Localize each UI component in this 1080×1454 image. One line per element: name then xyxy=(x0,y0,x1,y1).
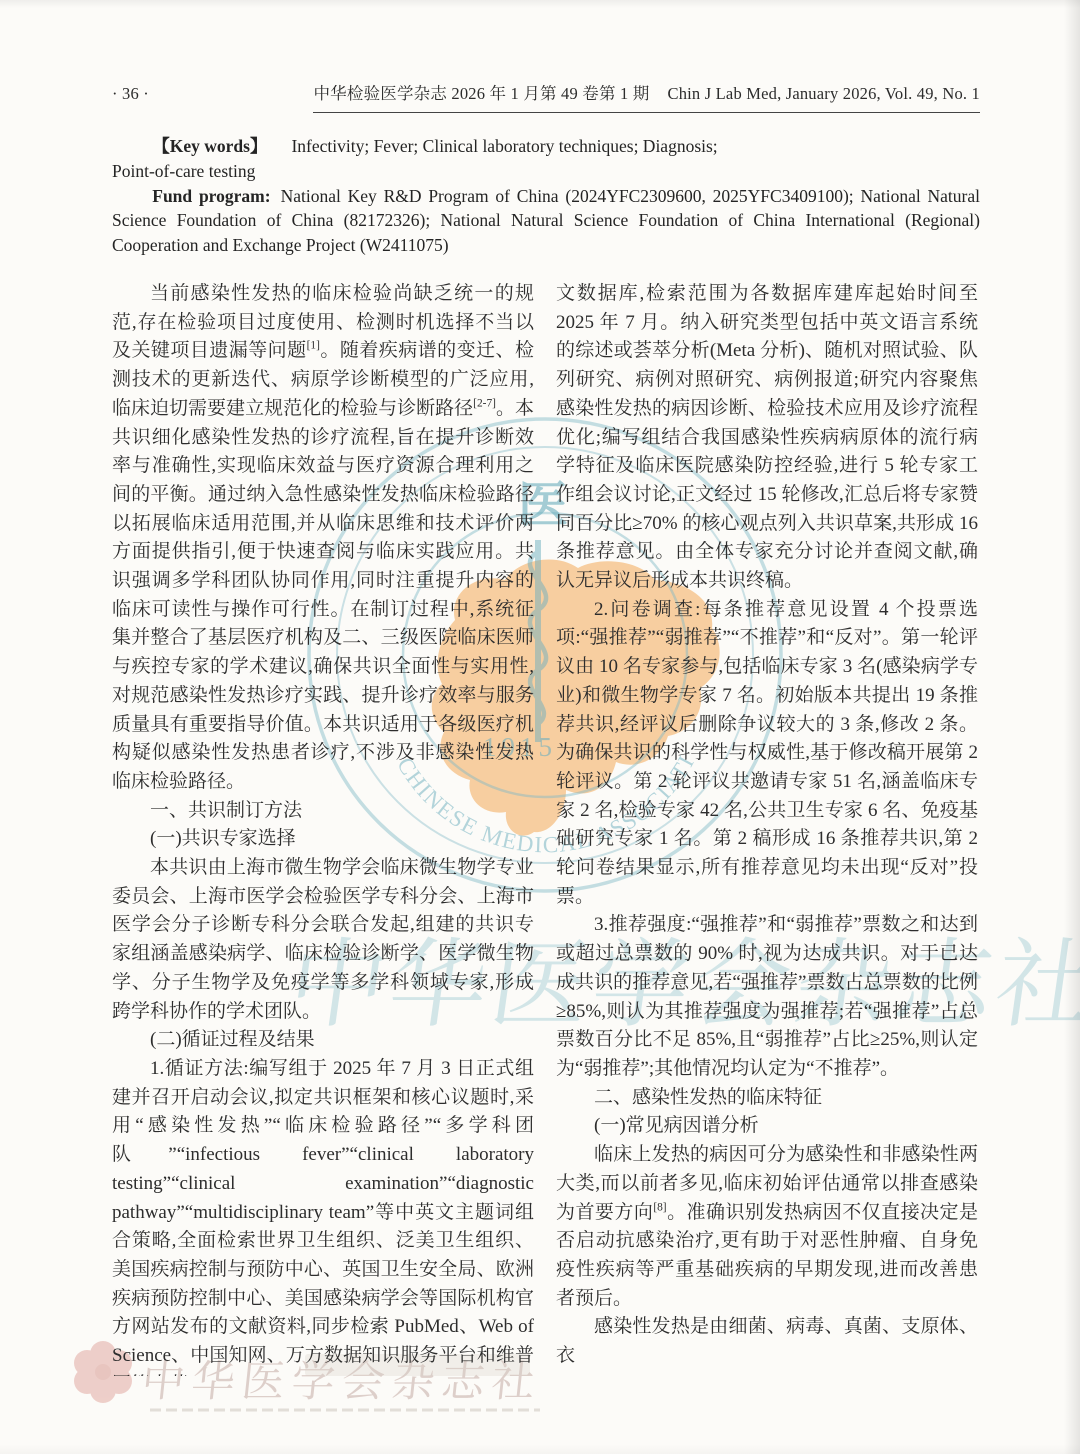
text-run: 。本共识细化感染性发热的诊疗流程,旨在提升诊断效率与准确性,实现临床效益与医疗资… xyxy=(112,398,534,792)
journal-title-cn: 中华检验医学杂志 2026 年 1 月第 49 卷第 1 期 xyxy=(313,84,649,103)
keywords-label: 【Key words】 xyxy=(152,136,267,156)
recommendation-strength-paragraph: 3.推荐强度:“强推荐”和“弱推荐”票数之和达到或超过总票数的 90% 时,视为… xyxy=(556,911,978,1083)
keywords-text-cont: Point-of-care testing xyxy=(112,161,255,181)
subsection-heading-etiology-spectrum: (一)常见病因谱分析 xyxy=(556,1112,978,1141)
citation-ref-1: [1] xyxy=(307,340,320,352)
fund-paragraph: Fund program:National Key R&D Program of… xyxy=(112,184,980,258)
page-number: · 36 · xyxy=(112,84,149,113)
keywords-paragraph: 【Key words】Infectivity; Fever; Clinical … xyxy=(112,134,980,184)
journal-title-line: 中华检验医学杂志 2026 年 1 月第 49 卷第 1 期Chin J Lab… xyxy=(313,80,980,113)
evidence-method-paragraph: 1.循证方法:编写组于 2025 年 7 月 3 日正式组建并召开启动会议,拟定… xyxy=(112,1055,534,1376)
journal-page: 医 1915 CHINESE MEDICAL ASSOCIATION 中华医学会… xyxy=(0,0,1080,1454)
citation-ref-8: [8] xyxy=(653,1201,666,1213)
page-header: · 36 · 中华检验医学杂志 2026 年 1 月第 49 卷第 1 期Chi… xyxy=(112,80,980,113)
left-column: 当前感染性发热的临床检验尚缺乏统一的规范,存在检验项目过度使用、检测时机选择不当… xyxy=(112,280,534,1376)
keywords-text: Infectivity; Fever; Clinical laboratory … xyxy=(291,136,717,156)
fund-label: Fund program: xyxy=(152,186,270,206)
right-column: 文数据库,检索范围为各数据库建库起始时间至 2025 年 7 月。纳入研究类型包… xyxy=(556,280,978,1376)
journal-title-en: Chin J Lab Med, January 2026, Vol. 49, N… xyxy=(667,84,980,103)
subsection-heading-evidence-process: (二)循证过程及结果 xyxy=(112,1026,534,1055)
expert-selection-paragraph: 本共识由上海市微生物学会临床微生物学专业委员会、上海市医学会检验医学专科分会、上… xyxy=(112,854,534,1026)
citation-ref-2-7: [2-7] xyxy=(473,397,496,409)
intro-paragraph: 当前感染性发热的临床检验尚缺乏统一的规范,存在检验项目过度使用、检测时机选择不当… xyxy=(112,280,534,797)
front-matter: 【Key words】Infectivity; Fever; Clinical … xyxy=(112,134,980,258)
pathogens-paragraph: 感染性发热是由细菌、病毒、真菌、支原体、衣 xyxy=(556,1313,978,1370)
section-heading-clinical-features: 二、感染性发热的临床特征 xyxy=(556,1084,978,1113)
subsection-heading-expert-selection: (一)共识专家选择 xyxy=(112,825,534,854)
questionnaire-paragraph: 2.问卷调查:每条推荐意见设置 4 个投票选项:“强推荐”“弱推荐”“不推荐”和… xyxy=(556,596,978,912)
evidence-method-continued-paragraph: 文数据库,检索范围为各数据库建库起始时间至 2025 年 7 月。纳入研究类型包… xyxy=(556,280,978,596)
section-heading-methods: 一、共识制订方法 xyxy=(112,797,534,826)
etiology-paragraph: 临床上发热的病因可分为感染性和非感染性两大类,而以前者多见,临床初始评估通常以排… xyxy=(556,1141,978,1313)
